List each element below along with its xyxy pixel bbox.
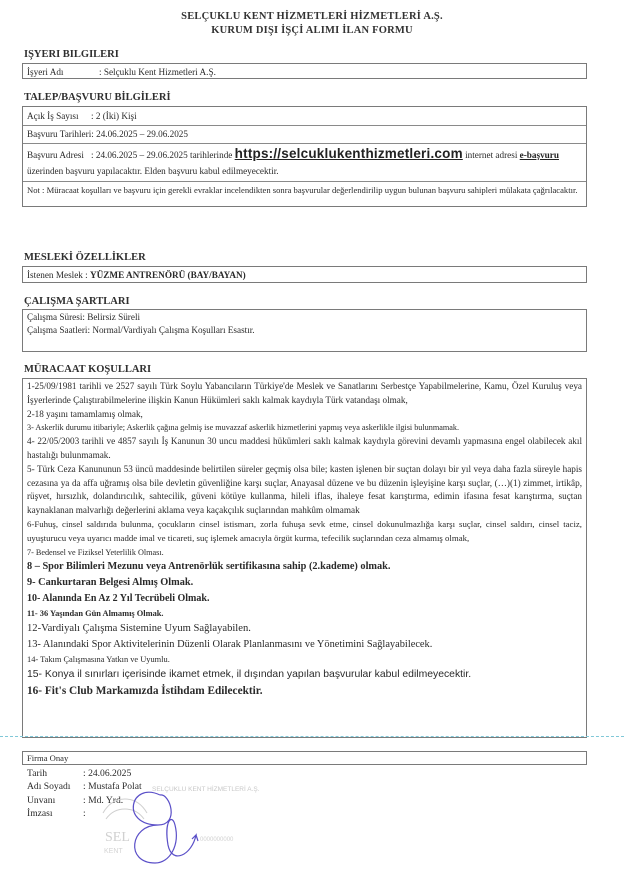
calisma-suresi: Çalışma Süresi: Belirsiz Süreli <box>27 311 582 324</box>
form-title: KURUM DIŞI İŞÇİ ALIMI İLAN FORMU <box>0 25 624 36</box>
isyeri-label: İşyeri Adı <box>27 65 99 79</box>
isyeri-row: İşyeri Adı: Selçuklu Kent Hizmetleri A.Ş… <box>23 64 586 80</box>
condition-item: 16- Fit's Club Markamızda İstihdam Edile… <box>27 683 582 699</box>
adres-tail: üzerinden başvuru yapılacaktır. Elden ba… <box>27 166 279 176</box>
unvan-label: Unvanı <box>27 794 83 807</box>
adres-dates: : 24.06.2025 – 29.06.2025 tarihlerinde <box>91 150 235 160</box>
imza-label: İmzası <box>27 807 83 820</box>
ad-soyad-label: Adı Soyadı <box>27 780 83 793</box>
meslek-box: İstenen Meslek : YÜZME ANTRENÖRÜ (BAY/BA… <box>22 266 587 283</box>
basvuru-tarihleri: Başvuru Tarihleri: 24.06.2025 – 29.06.20… <box>27 129 188 139</box>
condition-item: 14- Takım Çalışmasına Yatkın ve Uyumlu. <box>27 653 582 667</box>
firma-onay-label: Firma Onay <box>27 753 68 763</box>
calisma-box: Çalışma Süresi: Belirsiz Süreli Çalışma … <box>22 309 587 352</box>
company-title: SELÇUKLU KENT HİZMETLERİ HİZMETLERİ A.Ş. <box>0 11 624 22</box>
adres-label: Başvuru Adresi <box>27 147 91 163</box>
acik-is-value: : 2 (İki) Kişi <box>91 111 137 121</box>
tarih-label: Tarih <box>27 767 83 780</box>
svg-text:KENT: KENT <box>104 848 123 855</box>
adres-mid: internet adresi <box>463 150 520 160</box>
svg-text:0000000000: 0000000000 <box>200 837 234 843</box>
tarihler-row: Başvuru Tarihleri: 24.06.2025 – 29.06.20… <box>23 126 586 144</box>
calisma-saatleri: Çalışma Saatleri: Normal/Vardiyalı Çalış… <box>27 324 582 337</box>
tarih-value: : 24.06.2025 <box>83 767 131 780</box>
imza-value: : <box>83 807 86 820</box>
condition-item: 8 – Spor Bilimleri Mezunu veya Antrenörl… <box>27 559 582 575</box>
section-heading-calisma: ÇALIŞMA ŞARTLARI <box>24 296 130 307</box>
firma-onay-box: Firma Onay <box>22 751 587 765</box>
condition-item: 15- Konya il sınırları içerisinde ikamet… <box>27 667 582 683</box>
conditions-list: 1-25/09/1981 tarihli ve 2527 sayılı Türk… <box>23 379 586 700</box>
section-heading-isyeri: IŞYERI BILGILERI <box>24 49 119 60</box>
condition-item: 4- 22/05/2003 tarihli ve 4857 sayılı İş … <box>27 435 582 463</box>
talep-box: Açık İş Sayısı: 2 (İki) Kişi Başvuru Tar… <box>22 106 587 207</box>
meslek-value: YÜZME ANTRENÖRÜ (BAY/BAYAN) <box>90 270 246 280</box>
condition-item: 7- Bedensel ve Fiziksel Yeterlilik Olmas… <box>27 546 582 560</box>
svg-text:SELÇUKLU KENT HİZMETLERİ A.Ş.: SELÇUKLU KENT HİZMETLERİ A.Ş. <box>152 785 260 793</box>
condition-item: 9- Cankurtaran Belgesi Almış Olmak. <box>27 575 582 591</box>
acik-is-row: Açık İş Sayısı: 2 (İki) Kişi <box>23 107 586 126</box>
condition-item: 10- Alanında En Az 2 Yıl Tecrübeli Olmak… <box>27 591 582 607</box>
condition-item: 13- Alanındaki Spor Aktivitelerinin Düze… <box>27 637 582 653</box>
meslek-label: İstenen Meslek : <box>27 270 90 280</box>
isyeri-box: İşyeri Adı: Selçuklu Kent Hizmetleri A.Ş… <box>22 63 587 79</box>
stamp-and-signature-icon: SEL KENT SELÇUKLU KENT HİZMETLERİ A.Ş. 0… <box>100 785 270 865</box>
condition-item: 11- 36 Yaşından Gün Almamış Olmak. <box>27 607 582 621</box>
e-basvuru-link[interactable]: e-başvuru <box>520 150 559 160</box>
acik-is-label: Açık İş Sayısı <box>27 108 91 124</box>
section-heading-talep: TALEP/BAŞVURU BİLGİLERİ <box>24 92 171 103</box>
section-heading-muracaat: MÜRACAAT KOŞULLARI <box>24 364 151 375</box>
section-heading-meslek: MESLEKİ ÖZELLİKLER <box>24 252 146 263</box>
svg-text:SEL: SEL <box>105 830 130 845</box>
note-text: Not : Müracaat koşulları ve başvuru için… <box>27 185 578 195</box>
condition-item: 2-18 yaşını tamamlamış olmak, <box>27 408 582 422</box>
adres-row: Başvuru Adresi: 24.06.2025 – 29.06.2025 … <box>23 144 586 182</box>
isyeri-value: : Selçuklu Kent Hizmetleri A.Ş. <box>99 67 216 77</box>
muracaat-box: 1-25/09/1981 tarihli ve 2527 sayılı Türk… <box>22 378 587 738</box>
basvuru-url-link[interactable]: https://selcuklukenthizmetleri.com <box>235 146 463 161</box>
condition-item: 3- Askerlik durumu itibariyle; Askerlik … <box>27 421 582 435</box>
condition-item: 12-Vardiyalı Çalışma Sistemine Uyum Sağl… <box>27 621 582 637</box>
fold-line <box>0 736 624 737</box>
condition-item: 1-25/09/1981 tarihli ve 2527 sayılı Türk… <box>27 380 582 408</box>
condition-item: 5- Türk Ceza Kanununun 53 üncü maddesind… <box>27 463 582 518</box>
note-row: Not : Müracaat koşulları ve başvuru için… <box>23 182 586 198</box>
meslek-row: İstenen Meslek : YÜZME ANTRENÖRÜ (BAY/BA… <box>23 267 586 283</box>
condition-item: 6-Fuhuş, cinsel saldırıda bulunma, çocuk… <box>27 518 582 546</box>
